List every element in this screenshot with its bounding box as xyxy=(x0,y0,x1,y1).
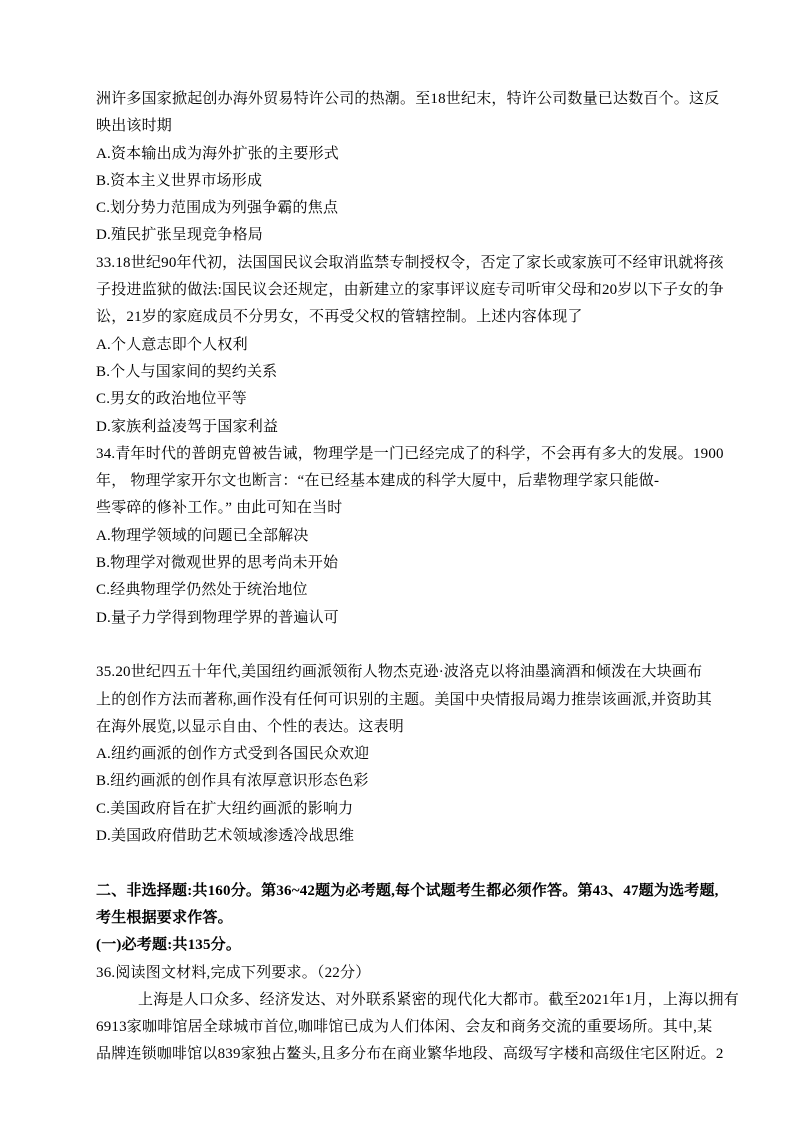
option-b: B.纽约画派的创作具有浓厚意识形态色彩 xyxy=(96,768,704,795)
section-heading-line: 二、非选择题:共160分。第36~42题为必考题,每个试题考生都必须作答。第43… xyxy=(96,878,704,905)
option-d: D.量子力学得到物理学界的普遍认可 xyxy=(96,605,704,632)
option-a: A.个人意志即个人权利 xyxy=(96,332,704,359)
stem-line: 讼，21岁的家庭成员不分男女，不再受父权的管辖控制。上述内容体现了 xyxy=(96,304,704,331)
option-a: A.资本输出成为海外扩张的主要形式 xyxy=(96,141,704,168)
question-33: 33.18世纪90年代初，法国国民议会取消监禁专制授权令，否定了家长或家族可不经… xyxy=(96,250,704,441)
paragraph-line: 6913家咖啡馆居全球城市首位,咖啡馆已成为人们体闲、会友和商务交流的重要场所。… xyxy=(96,1014,704,1041)
stem-line: 33.18世纪90年代初，法国国民议会取消监禁专制授权令，否定了家长或家族可不经… xyxy=(96,250,704,277)
document-page: 洲许多国家掀起创办海外贸易特许公司的热潮。至18世纪末，特许公司数量已达数百个。… xyxy=(0,0,794,1123)
option-a: A.纽约画派的创作方式受到各国民众欢迎 xyxy=(96,741,704,768)
paragraph-line: 品牌连锁咖啡馆以839家独占鳌头,且多分布在商业繁华地段、高级写字楼和高级住宅区… xyxy=(96,1041,704,1068)
option-b: B.个人与国家间的契约关系 xyxy=(96,359,704,386)
option-d: D.殖民扩张呈现竞争格局 xyxy=(96,222,704,249)
blank-line xyxy=(96,850,704,877)
option-c: C.男女的政治地位平等 xyxy=(96,386,704,413)
option-b: B.物理学对微观世界的思考尚未开始 xyxy=(96,550,704,577)
question-intro: 36.阅读图文材料,完成下列要求。（22分） xyxy=(96,960,704,987)
question-34: 34.青年时代的普朗克曾被告诫，物理学是一门已经完成了的科学，不会再有多大的发展… xyxy=(96,441,704,632)
stem-line: 在海外展览,以显示自由、个性的表达。这表明 xyxy=(96,714,704,741)
stem-line: 洲许多国家掀起创办海外贸易特许公司的热潮。至18世纪末，特许公司数量已达数百个。… xyxy=(96,86,704,113)
stem-line: 35.20世纪四五十年代,美国纽约画派领衔人物杰克逊·波洛克以将油墨滴酒和倾泼在… xyxy=(96,659,704,686)
stem-line: 34.青年时代的普朗克曾被告诫，物理学是一门已经完成了的科学，不会再有多大的发展… xyxy=(96,441,704,468)
stem-line: 些零碎的修补工作。” 由此可知在当时 xyxy=(96,495,704,522)
option-d: D.家族利益凌驾于国家利益 xyxy=(96,414,704,441)
subsection-heading: (一)必考题:共135分。 xyxy=(96,932,704,959)
option-a: A.物理学领域的问题已全部解决 xyxy=(96,523,704,550)
option-c: C.经典物理学仍然处于统治地位 xyxy=(96,577,704,604)
stem-line: 年， 物理学家开尔文也断言：“在已经基本建成的科学大厦中，后辈物理学家只能做- xyxy=(96,468,704,495)
option-c: C.划分势力范围成为列强争霸的焦点 xyxy=(96,195,704,222)
stem-line: 子投进监狱的做法:国民议会还规定，由新建立的家事评议庭专司听审父母和20岁以下子… xyxy=(96,277,704,304)
option-b: B.资本主义世界市场形成 xyxy=(96,168,704,195)
section-heading-line: 考生根据要求作答。 xyxy=(96,905,704,932)
stem-line: 上的创作方法而著称,画作没有任何可识别的主题。美国中央情报局竭力推崇该画派,并资… xyxy=(96,687,704,714)
question-32-continuation: 洲许多国家掀起创办海外贸易特许公司的热潮。至18世纪末，特许公司数量已达数百个。… xyxy=(96,86,704,250)
paragraph-line: 上海是人口众多、经济发达、对外联系紧密的现代化大都市。截至2021年1月，上海以… xyxy=(96,987,704,1014)
option-d: D.美国政府借助艺术领域渗透冷战思维 xyxy=(96,823,704,850)
question-35: 35.20世纪四五十年代,美国纽约画派领衔人物杰克逊·波洛克以将油墨滴酒和倾泼在… xyxy=(96,659,704,850)
option-c: C.美国政府旨在扩大纽约画派的影响力 xyxy=(96,796,704,823)
blank-line xyxy=(96,632,704,659)
section-2-header: 二、非选择题:共160分。第36~42题为必考题,每个试题考生都必须作答。第43… xyxy=(96,878,704,960)
question-36: 36.阅读图文材料,完成下列要求。（22分） 上海是人口众多、经济发达、对外联系… xyxy=(96,960,704,1069)
stem-line: 映出该时期 xyxy=(96,113,704,140)
